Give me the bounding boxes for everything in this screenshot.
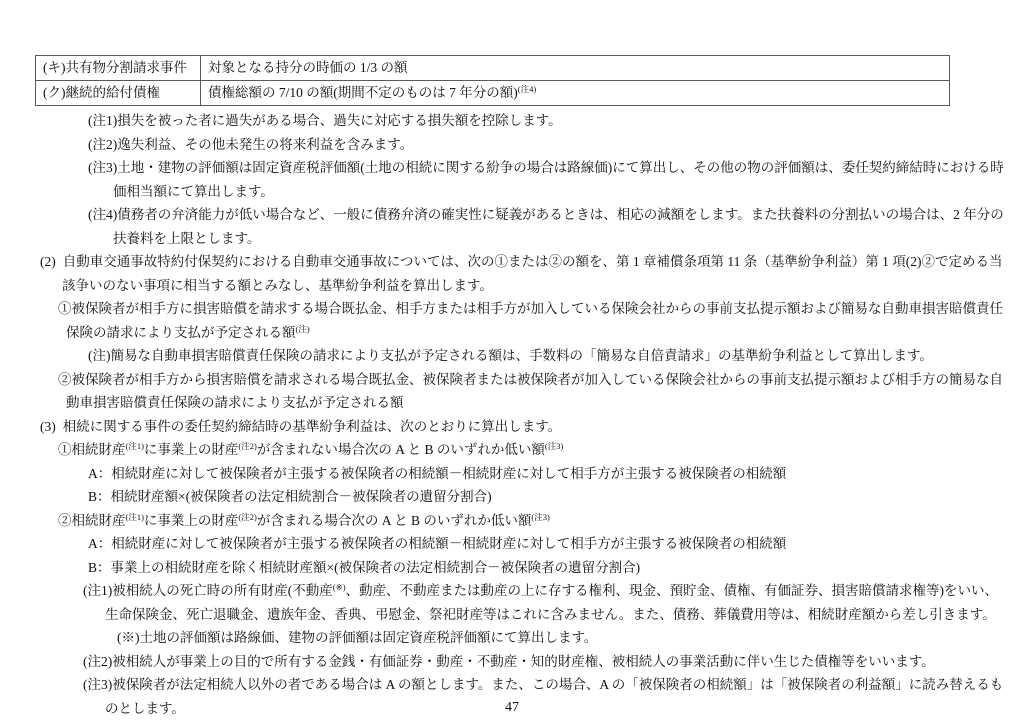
clause-3-item-1-head: ①相続財産(注1)に事業上の財産(注2)が含まれない場合次の A と B のいず… — [58, 438, 1010, 462]
inheritance-note-1: (注1)被相続人の死亡時の所有財産(不動産(※)、動産、不動産または動産の上に存… — [83, 579, 1010, 626]
note-label: (注1) — [83, 583, 112, 598]
note-text: 損失を被った者に過失がある場合、過失に対応する損失額を控除します。 — [117, 113, 561, 128]
note-ref: (注4) — [518, 84, 536, 94]
note-label: (※) — [117, 630, 140, 645]
clause-2-item-2: ②被保険者が相手方から損害賠償を請求される場合既払金、被保険者または被保険者が加… — [58, 368, 1010, 415]
amount-text: 対象となる持分の時価の 1/3 の額 — [208, 60, 408, 75]
note-text: 債務者の弁済能力が低い場合など、一般に債務弁済の確実性に疑義があるときは、相応の… — [113, 207, 1004, 246]
table-note-1: (注1)損失を被った者に過失がある場合、過失に対応する損失額を控除します。 — [88, 109, 1008, 133]
note-label: (注) — [88, 348, 111, 363]
table-note-3: (注3)土地・建物の評価額は固定資産税評価額(土地の相続に関する紛争の場合は路線… — [88, 156, 1008, 203]
note-label: (注3) — [88, 160, 117, 175]
clause-2-item-1-note: (注)簡易な自動車損害賠償責任保険の請求により支払が予定される額は、手数料の「簡… — [88, 344, 1010, 368]
note-text: 土地・建物の評価額は固定資産税評価額(土地の相続に関する紛争の場合は路線価)にて… — [113, 160, 1004, 199]
table-note-4: (注4)債務者の弁済能力が低い場合など、一般に債務弁済の確実性に疑義があるときは… — [88, 203, 1008, 250]
inheritance-note-2: (注2)被相続人が事業上の目的で所有する金銭・有価証券・動産・不動産・知的財産権… — [83, 650, 1010, 674]
note-label: (注1) — [88, 113, 117, 128]
inheritance-subnote: (※)土地の評価額は路線価、建物の評価額は固定資産税評価額にて算出します。 — [117, 626, 1010, 650]
note-label: (注2) — [83, 654, 112, 669]
clause-number: (2) — [40, 254, 56, 269]
clause-text: 自動車交通事故特約付保契約における自動車交通事故については、次の①または②の額を… — [62, 254, 1002, 293]
formula-a: A：相続財産に対して被保険者が主張する被保険者の相続額－相続財産に対して相手方が… — [88, 532, 1010, 556]
clause-2: (2)自動車交通事故特約付保契約における自動車交通事故については、次の①または②… — [40, 250, 1010, 297]
note-text: 被相続人の死亡時の所有財産(不動産(※)、動産、不動産または動産の上に存する権利… — [105, 583, 998, 622]
case-type-cell: (ク)継続的給付債権 — [36, 81, 201, 106]
note-text: 簡易な自動車損害賠償責任保険の請求により支払が予定される額は、手数料の「簡易な自… — [111, 348, 933, 363]
formula-b: B：相続財産額×(被保険者の法定相続割合－被保険者の遺留分割合) — [88, 485, 1010, 509]
formula-a: A：相続財産に対して被保険者が主張する被保険者の相続額－相続財産に対して相手方が… — [88, 462, 1010, 486]
amount-cell: 債権総額の 7/10 の額(期間不定のものは 7 年分の額)(注4) — [201, 81, 950, 106]
amount-text: 債権総額の 7/10 の額(期間不定のものは 7 年分の額) — [208, 85, 518, 100]
note-text: 土地の評価額は路線価、建物の評価額は固定資産税評価額にて算出します。 — [140, 630, 598, 645]
fee-table: (キ)共有物分割請求事件 対象となる持分の時価の 1/3 の額 (ク)継続的給付… — [35, 55, 950, 106]
case-type-cell: (キ)共有物分割請求事件 — [36, 56, 201, 81]
page-number: 47 — [0, 700, 1024, 716]
clause-3: (3)相続に関する事件の委任契約締結時の基準紛争利益は、次のとおりに算出します。 — [40, 415, 1010, 439]
document-page: (キ)共有物分割請求事件 対象となる持分の時価の 1/3 の額 (ク)継続的給付… — [0, 0, 1024, 726]
clause-text: 相続に関する事件の委任契約締結時の基準紛争利益は、次のとおりに算出します。 — [63, 419, 561, 434]
note-label: (注4) — [88, 207, 117, 222]
table-note-2: (注2)逸失利益、その他未発生の将来利益を含みます。 — [88, 133, 1008, 157]
note-text: 被相続人が事業上の目的で所有する金銭・有価証券・動産・不動産・知的財産権、被相続… — [112, 654, 934, 669]
note-label: (注3) — [83, 677, 112, 692]
table-row: (ク)継続的給付債権 債権総額の 7/10 の額(期間不定のものは 7 年分の額… — [36, 81, 950, 106]
clause-2-item-1: ①被保険者が相手方に損害賠償を請求する場合既払金、相手方または相手方が加入してい… — [58, 297, 1010, 344]
amount-cell: 対象となる持分の時価の 1/3 の額 — [201, 56, 950, 81]
clause-3-item-2-head: ②相続財産(注1)に事業上の財産(注2)が含まれる場合次の A と B のいずれ… — [58, 509, 1010, 533]
formula-b: B：事業上の相続財産を除く相続財産額×(被保険者の法定相続割合－被保険者の遺留分… — [88, 556, 1010, 580]
clause-number: (3) — [40, 419, 56, 434]
table-row: (キ)共有物分割請求事件 対象となる持分の時価の 1/3 の額 — [36, 56, 950, 81]
note-text: 逸失利益、その他未発生の将来利益を含みます。 — [117, 137, 413, 152]
note-label: (注2) — [88, 137, 117, 152]
